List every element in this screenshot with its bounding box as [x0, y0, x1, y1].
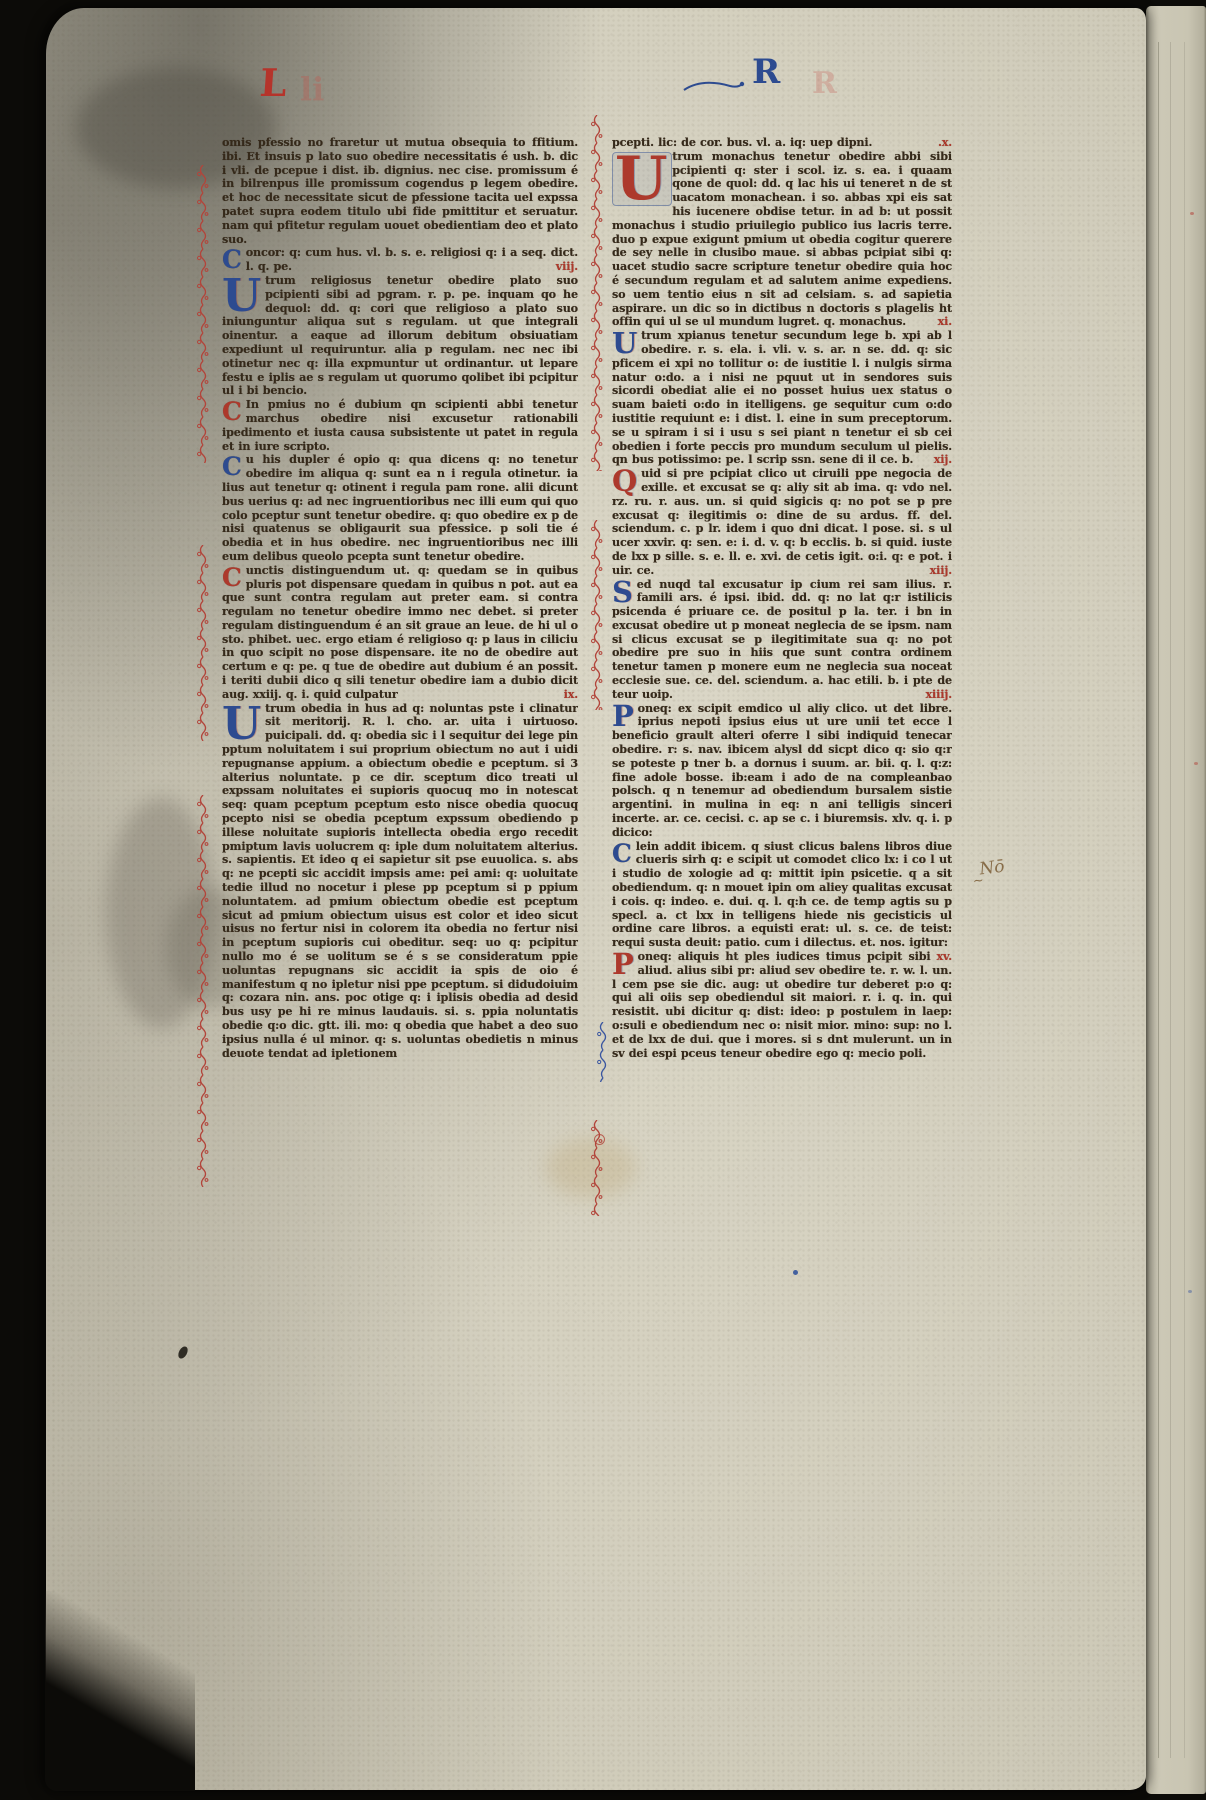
section-text: uid si pre pcipiat clico ut ciruili ppe … [612, 466, 952, 577]
text-section: Sed nuqd tal excusatur ip cium rei sam i… [612, 578, 952, 702]
text-section: Concor: q: cum hus. vl. b. s. e. religio… [222, 246, 578, 274]
paragraph-mark: C [222, 248, 246, 271]
text-section: CIn pmius no é dubium qn scipienti abbi … [222, 398, 578, 453]
text-section: Poneq: aliquis ht ples iudices timus pci… [612, 950, 952, 1060]
section-numeral: xij. [928, 453, 952, 467]
section-text: oneq: ex scipit emdico ul aliy clico. ut… [612, 701, 952, 839]
text-section: Poneq: ex scipit emdico ul aliy clico. u… [612, 702, 952, 840]
section-numeral: viij. [550, 260, 578, 274]
book-fore-edge [1146, 6, 1206, 1794]
section-text: omis pfessio no fraretur ut mutua obsequ… [222, 136, 578, 246]
text-section: Utrum monachus tenetur obedire abbi sibi… [612, 150, 952, 329]
showthrough-speck [1190, 212, 1194, 215]
header-ghost-left: li [300, 70, 324, 108]
decorated-initial: U [222, 704, 265, 743]
page-edge-streak [1158, 42, 1159, 1758]
decorated-initial: Q [612, 468, 641, 494]
decorated-initial: S [612, 579, 637, 605]
section-text: oncor: q: cum hus. vl. b. s. e. religios… [246, 245, 578, 273]
section-numeral: xiiij. [920, 688, 952, 702]
header-flourish [682, 74, 760, 96]
text-section: Cunctis distinguendum ut. q: quedam se i… [222, 564, 578, 702]
red-filigree-ornament [196, 545, 210, 741]
section-numeral: .x. [932, 136, 952, 150]
red-filigree-ornament [196, 165, 210, 463]
text-section: Utrum xpianus tenetur secundum lege b. x… [612, 329, 952, 467]
section-text: trum xpianus tenetur secundum lege b. xp… [612, 328, 952, 466]
showthrough-speck [1188, 1290, 1192, 1293]
text-section: Utrum religiosus tenetur obedire plato s… [222, 274, 578, 398]
header-letter-right: R [752, 52, 780, 92]
decorated-initial: U [612, 330, 641, 356]
section-text: In pmius no é dubium qn scipienti abbi t… [222, 397, 578, 452]
section-numeral: ix. [558, 688, 578, 702]
ink-blot [176, 1345, 189, 1360]
decorated-initial: P [612, 703, 638, 729]
section-text: lein addit ibicem. q siust clicus balens… [612, 839, 952, 950]
paragraph-mark: C [222, 566, 246, 589]
gutter-mark [594, 1134, 605, 1145]
section-text: trum religiosus tenetur obedire plato su… [222, 273, 578, 397]
showthrough-speck [1194, 762, 1198, 765]
text-section: Cu his dupler é opio q: qua dicens q: no… [222, 453, 578, 563]
text-section: omis pfessio no fraretur ut mutua obsequ… [222, 136, 578, 246]
section-text: trum obedia in hus ad q: noluntas pste i… [222, 701, 578, 1060]
decorated-initial: U [222, 276, 265, 315]
decorated-initial: U [612, 152, 672, 206]
red-filigree-ornament [590, 520, 604, 710]
page-corner-curl [45, 1591, 195, 1791]
decorated-initial: P [612, 951, 638, 977]
paragraph-mark: C [612, 842, 636, 865]
text-section: Utrum obedia in hus ad q: noluntas pste … [222, 702, 578, 1061]
manuscript-page: L li R R omis pfessio no fraretur ut mut… [46, 8, 1146, 1790]
text-section: Clein addit ibicem. q siust clicus balen… [612, 840, 952, 950]
blue-ink-dot [793, 1270, 798, 1275]
photograph-backdrop: { "palette": { "ink": "#35291a", "rubric… [0, 0, 1206, 1800]
text-column-left: omis pfessio no fraretur ut mutua obsequ… [222, 136, 578, 1222]
red-filigree-ornament [590, 115, 604, 471]
margin-note: Nō ~ [978, 857, 1006, 889]
section-text: unctis distinguendum ut. q: quedam se in… [222, 563, 578, 701]
paragraph-mark: C [222, 400, 246, 423]
blue-filigree-ornament [596, 1022, 610, 1082]
section-text: ed nuqd tal excusatur ip cium rei sam il… [612, 577, 952, 701]
paragraph-mark: C [222, 455, 246, 478]
page-edge-streak [1184, 42, 1185, 1758]
section-numeral: xiij. [924, 564, 952, 578]
text-section: Quid si pre pcipiat clico ut ciruili ppe… [612, 467, 952, 577]
red-filigree-ornament [196, 795, 210, 1187]
page-edge-streak [1170, 42, 1171, 1758]
section-text: u his dupler é opio q: qua dicens q: no … [222, 452, 578, 563]
header-ghost-right: R [812, 66, 837, 101]
section-numeral: xi. [932, 315, 952, 329]
header-letter-left: L [258, 60, 288, 105]
text-column-right: pcepti. lic: de cor. bus. vl. a. iq: uep… [612, 136, 952, 1216]
section-text: oneq: aliquis ht ples iudices timus pcip… [612, 949, 952, 1060]
